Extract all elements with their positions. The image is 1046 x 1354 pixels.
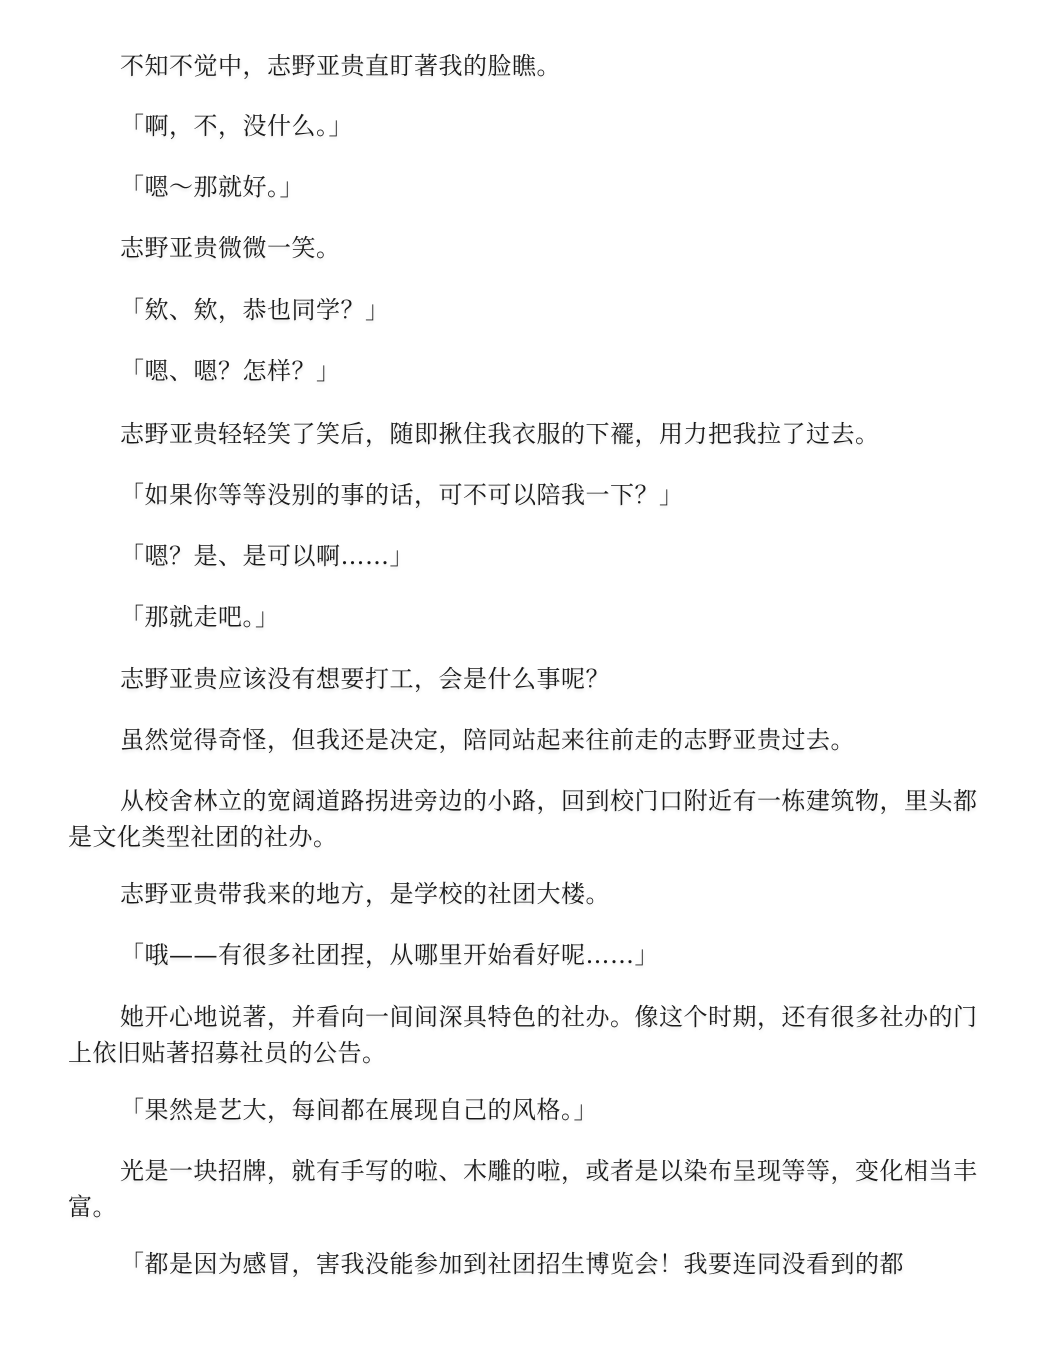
document-page: 不知不觉中，志野亚贵直盯著我的脸瞧。 「啊，不，没什么。」 「嗯～那就好。」 志… xyxy=(0,0,1046,1354)
dialog-line-6: 「嗯？是、是可以啊……」 xyxy=(68,538,978,574)
paragraph-1: 不知不觉中，志野亚贵直盯著我的脸瞧。 xyxy=(68,48,978,84)
paragraph-6: 从校舍林立的宽阔道路拐进旁边的小路，回到校门口附近有一栋建筑物，里头都是文化类型… xyxy=(68,783,978,855)
dialog-line-5: 「如果你等等没别的事的话，可不可以陪我一下？」 xyxy=(68,477,978,513)
paragraph-4: 志野亚贵应该没有想要打工，会是什么事呢？ xyxy=(68,661,978,697)
dialog-line-4: 「嗯、嗯？怎样？」 xyxy=(68,353,978,389)
paragraph-7: 志野亚贵带我来的地方，是学校的社团大楼。 xyxy=(68,876,978,912)
dialog-line-7: 「那就走吧。」 xyxy=(68,599,978,635)
dialog-line-2: 「嗯～那就好。」 xyxy=(68,169,978,205)
paragraph-5: 虽然觉得奇怪，但我还是决定，陪同站起来往前走的志野亚贵过去。 xyxy=(68,722,978,758)
paragraph-2: 志野亚贵微微一笑。 xyxy=(68,230,978,266)
paragraph-3: 志野亚贵轻轻笑了笑后，随即揪住我衣服的下襬，用力把我拉了过去。 xyxy=(68,416,978,452)
paragraph-8: 她开心地说著，并看向一间间深具特色的社办。像这个时期，还有很多社办的门上依旧贴著… xyxy=(68,999,978,1071)
dialog-line-3: 「欸、欸，恭也同学？」 xyxy=(68,292,978,328)
dialog-line-10: 「都是因为感冒，害我没能参加到社团招生博览会！我要连同没看到的都 xyxy=(68,1246,978,1282)
dialog-line-1: 「啊，不，没什么。」 xyxy=(68,108,978,144)
dialog-line-9: 「果然是艺大，每间都在展现自己的风格。」 xyxy=(68,1092,978,1128)
paragraph-9: 光是一块招牌，就有手写的啦、木雕的啦，或者是以染布呈现等等，变化相当丰富。 xyxy=(68,1153,978,1225)
dialog-line-8: 「哦——有很多社团捏，从哪里开始看好呢……」 xyxy=(68,937,978,973)
